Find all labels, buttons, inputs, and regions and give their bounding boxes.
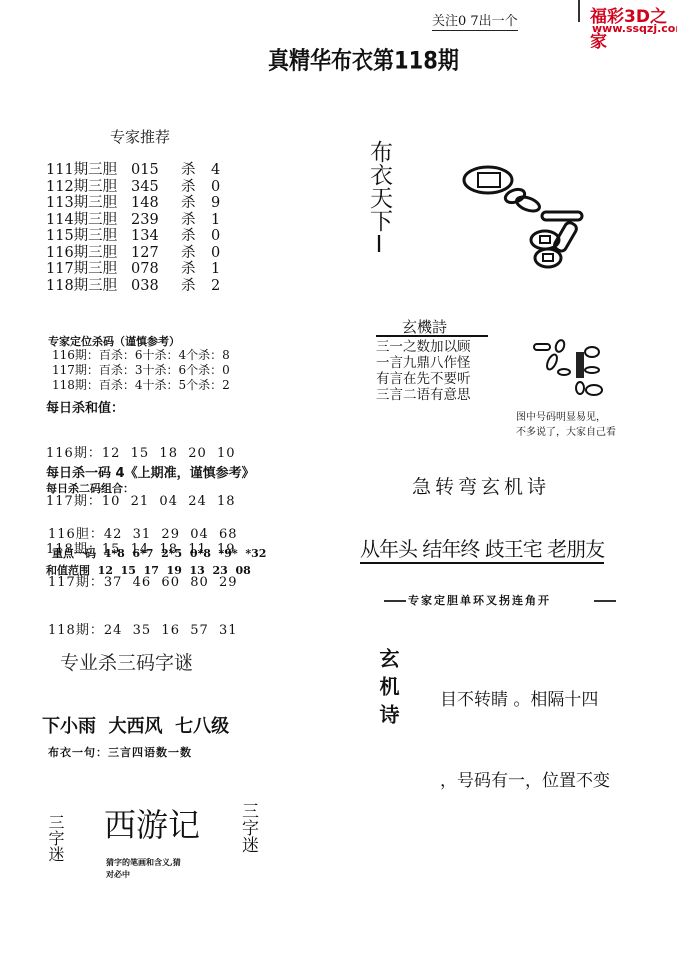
turn-title: 急转弯玄机诗: [412, 472, 550, 499]
daily-kill-two-title: 每日杀二码组合：: [46, 480, 134, 496]
riddle-side-right: 三字迷: [238, 802, 257, 853]
list-item: 115期三胆134杀0: [46, 228, 220, 245]
coins-figure-icon: [460, 160, 600, 270]
xuanji-poem: 三一之数加以顾 一言九鼎八作怪 有言在先不要听 三言二语有意思: [376, 339, 471, 403]
sum-range: 和值范围 12 15 17 19 13 23 08: [46, 562, 251, 578]
xuanji-title: 玄機詩: [402, 316, 447, 337]
position-kill-title: 专家定位杀码（谨慎参考）: [48, 333, 180, 349]
riddle-line: 下小雨 大西风 七八级: [42, 712, 229, 738]
list-item: 118期：百杀：4十杀：5个杀：2: [52, 378, 230, 393]
poem-line: 三一之数加以顾: [376, 339, 471, 355]
daily-kill-one: 每日杀一码 4《上期准，谨慎参考》: [46, 462, 255, 481]
riddle-sub-line: 布衣一句：三言四语数一数: [48, 744, 192, 760]
image-note-line: 图中号码明显易见，: [516, 410, 616, 425]
key-code: 重点一码 4*8 6*7 2*5 0*8 *9* *32: [52, 545, 266, 561]
list-item: 111期三胆015杀4: [46, 162, 220, 179]
riddle-side-left: 三字迷: [46, 814, 64, 862]
coins-figure-small-icon: [530, 338, 610, 398]
image-note-line: 不多说了，大家自己看: [516, 425, 616, 440]
list-item: 118期三胆038杀2: [46, 278, 220, 295]
list-item: 113期三胆148杀9: [46, 195, 220, 212]
xuanji-divider: [376, 335, 488, 337]
expert-line-dash-right: [594, 600, 616, 602]
list-item: 116期：百杀：6十杀：4个杀：8: [52, 348, 230, 363]
page-title: 真精华布衣第118期: [268, 42, 459, 77]
expert-line: 专家定胆单环叉拐连角开: [408, 592, 551, 608]
site-logo-url[interactable]: www.ssqzj.com: [592, 22, 677, 35]
xuan-line: 目不转睛 。相隔十四: [440, 687, 610, 714]
list-item: 116期：12 15 18 20 10: [46, 446, 236, 462]
list-item: 116期三胆127杀0: [46, 245, 220, 262]
list-item: 118期：24 35 16 57 31: [48, 623, 238, 639]
follow-note: 关注0 7出一个: [432, 10, 518, 31]
logo-divider: [578, 0, 580, 22]
riddle-big-word: 西游记: [104, 800, 200, 846]
expert-recommend-list: 111期三胆015杀4 112期三胆345杀0 113期三胆148杀9 114期…: [46, 162, 220, 294]
list-item: 117期三胆078杀1: [46, 261, 220, 278]
poem-line: 三言二语有意思: [376, 387, 471, 403]
expert-line-dash-left: [384, 600, 406, 602]
poem-line: 有言在先不要听: [376, 371, 471, 387]
riddle-hint: 猜字的笔画和含义,猜对必中: [106, 856, 184, 880]
list-item: 112期三胆345杀0: [46, 179, 220, 196]
list-item: 117期：百杀：3十杀：6个杀：0: [52, 363, 230, 378]
poem-line: 一言九鼎八作怪: [376, 355, 471, 371]
xuan-line: ，号码有一，位置不变: [440, 768, 610, 795]
image-note: 图中号码明显易见， 不多说了，大家自己看: [516, 410, 616, 440]
position-kill-list: 116期：百杀：6十杀：4个杀：8 117期：百杀：3十杀：6个杀：0 118期…: [52, 348, 230, 393]
vertical-title: 布衣天下I: [366, 140, 392, 258]
expert-recommend-title: 专家推荐: [110, 126, 170, 147]
xuan-lines: 目不转睛 。相隔十四 ，号码有一，位置不变: [440, 633, 610, 822]
xuan-vertical: 玄机诗: [377, 648, 399, 732]
list-item: 114期三胆239杀1: [46, 212, 220, 229]
turn-line: 从年头 结年终 歧王宅 老朋友: [360, 533, 604, 564]
riddle-title: 专业杀三码字谜: [60, 648, 193, 675]
list-item: 116胆：42 31 29 04 68: [48, 527, 238, 543]
